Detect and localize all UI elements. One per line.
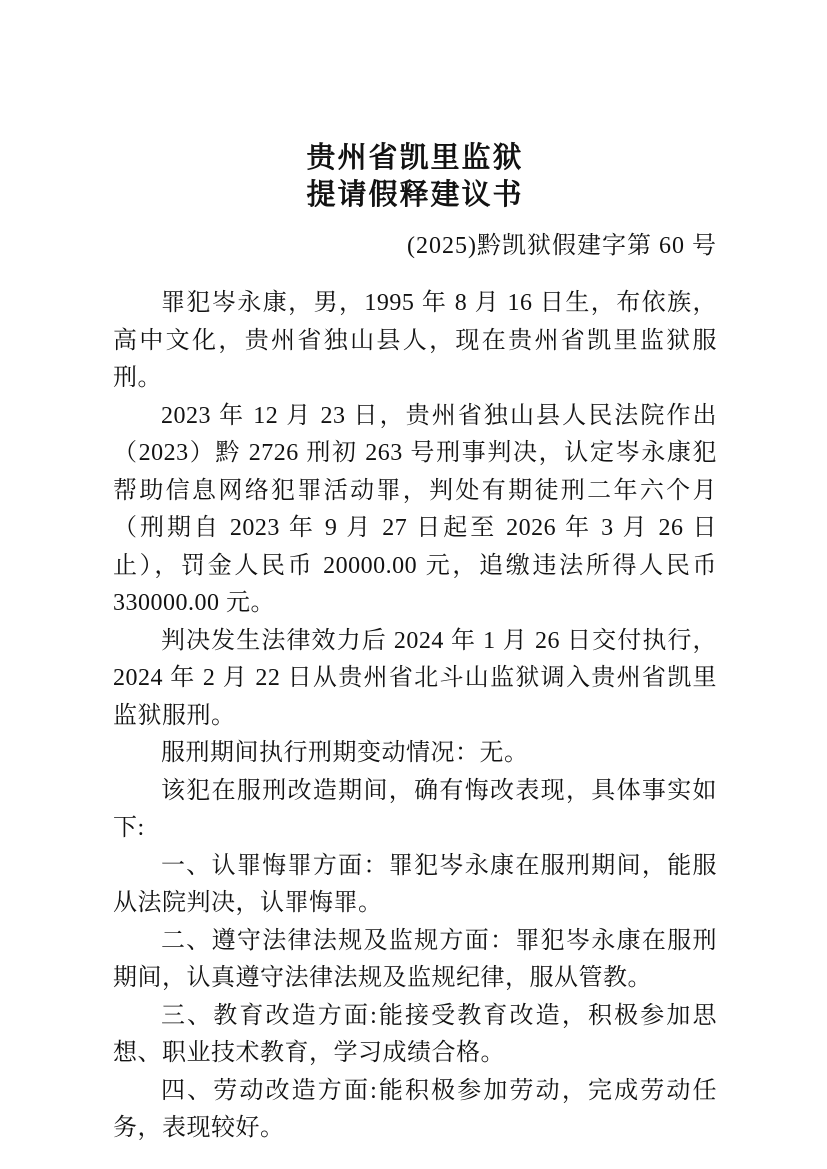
paragraph-intro-prisoner: 罪犯岑永康，男，1995 年 8 月 16 日生，布依族，高中文化，贵州省独山县… [113,285,717,398]
paragraph-item-3: 三、教育改造方面:能接受教育改造，积极参加思想、职业技术教育，学习成绩合格。 [113,998,717,1073]
paragraph-judgment: 2023 年 12 月 23 日，贵州省独山县人民法院作出（2023）黔 272… [113,398,717,623]
paragraph-transfer: 判决发生法律效力后 2024 年 1 月 26 日交付执行，2024 年 2 月… [113,623,717,736]
title-line-1: 贵州省凯里监狱 [113,140,717,177]
title-line-2: 提请假释建议书 [113,177,717,214]
document-body: 罪犯岑永康，男，1995 年 8 月 16 日生，布依族，高中文化，贵州省独山县… [113,285,717,1148]
paragraph-term-change: 服刑期间执行刑期变动情况：无。 [113,735,717,773]
doc-number: (2025)黔凯狱假建字第 60 号 [113,228,717,265]
document-page: 贵州省凯里监狱 提请假释建议书 (2025)黔凯狱假建字第 60 号 罪犯岑永康… [0,0,827,1169]
paragraph-repentance-lead: 该犯在服刑改造期间，确有悔改表现，具体事实如下: [113,773,717,848]
paragraph-item-4: 四、劳动改造方面:能积极参加劳动，完成劳动任务，表现较好。 [113,1073,717,1148]
paragraph-item-1: 一、认罪悔罪方面：罪犯岑永康在服刑期间，能服从法院判决，认罪悔罪。 [113,848,717,923]
document-title: 贵州省凯里监狱 提请假释建议书 [113,140,717,214]
paragraph-item-2: 二、遵守法律法规及监规方面：罪犯岑永康在服刑期间，认真遵守法律法规及监规纪律，服… [113,923,717,998]
